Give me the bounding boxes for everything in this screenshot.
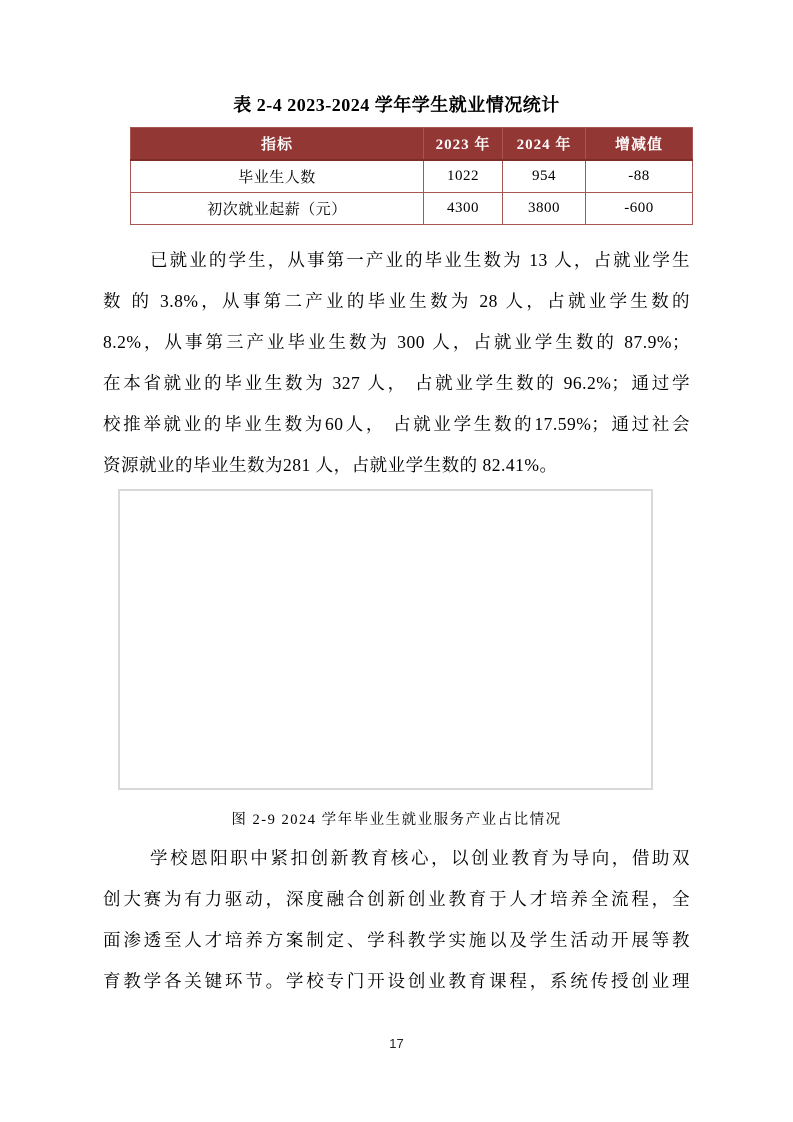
document-page: 表 2-4 2023-2024 学年学生就业情况统计 指标 2023 年 202… [0, 0, 793, 1122]
page-number: 17 [0, 1036, 793, 1051]
table-cell: 3800 [503, 193, 586, 225]
paragraph-employment-stats: 已就业的学生，从事第一产业的毕业生数为 13 人，占就业学生 数 的 3.8%，… [103, 240, 690, 486]
table-cell: -88 [586, 160, 693, 193]
table-cell: -600 [586, 193, 693, 225]
paragraph-line: 学校恩阳职中紧扣创新教育核心，以创业教育为导向，借助双 [103, 838, 690, 879]
table-header-indicator: 指标 [131, 128, 424, 161]
paragraph-line: 8.2%，从事第三产业毕业生数为 300 人，占就业学生数的 87.9%； [103, 322, 690, 363]
employment-stats-table: 指标 2023 年 2024 年 增减值 毕业生人数 1022 954 -88 … [130, 127, 693, 225]
paragraph-line: 已就业的学生，从事第一产业的毕业生数为 13 人，占就业学生 [103, 240, 690, 281]
table-cell: 954 [503, 160, 586, 193]
paragraph-line: 校推举就业的毕业生数为60人， 占就业学生数的17.59%；通过社会 [103, 404, 690, 445]
paragraph-line: 在本省就业的毕业生数为 327 人， 占就业学生数的 96.2%；通过学 [103, 363, 690, 404]
table-row: 毕业生人数 1022 954 -88 [131, 160, 693, 193]
table-header-2024: 2024 年 [503, 128, 586, 161]
paragraph-innovation-education: 学校恩阳职中紧扣创新教育核心，以创业教育为导向，借助双 创大赛为有力驱动，深度融… [103, 838, 690, 1002]
table-title: 表 2-4 2023-2024 学年学生就业情况统计 [0, 91, 793, 117]
table-cell: 毕业生人数 [131, 160, 424, 193]
paragraph-line: 创大赛为有力驱动，深度融合创新创业教育于人才培养全流程，全 [103, 879, 690, 920]
paragraph-line: 资源就业的毕业生数为281 人，占就业学生数的 82.41%。 [103, 445, 690, 486]
table-cell: 初次就业起薪（元） [131, 193, 424, 225]
paragraph-line: 育教学各关键环节。学校专门开设创业教育课程，系统传授创业理 [103, 961, 690, 1002]
paragraph-line: 面渗透至人才培养方案制定、学科教学实施以及学生活动开展等教 [103, 920, 690, 961]
table-header-change: 增减值 [586, 128, 693, 161]
paragraph-line: 数 的 3.8%，从事第二产业的毕业生数为 28 人，占就业学生数的 [103, 281, 690, 322]
table-cell: 4300 [424, 193, 503, 225]
table-header-2023: 2023 年 [424, 128, 503, 161]
figure-caption: 图 2-9 2024 学年毕业生就业服务产业占比情况 [0, 802, 793, 838]
figure-placeholder [118, 489, 653, 790]
table-cell: 1022 [424, 160, 503, 193]
table-header-row: 指标 2023 年 2024 年 增减值 [131, 128, 693, 161]
table-row: 初次就业起薪（元） 4300 3800 -600 [131, 193, 693, 225]
